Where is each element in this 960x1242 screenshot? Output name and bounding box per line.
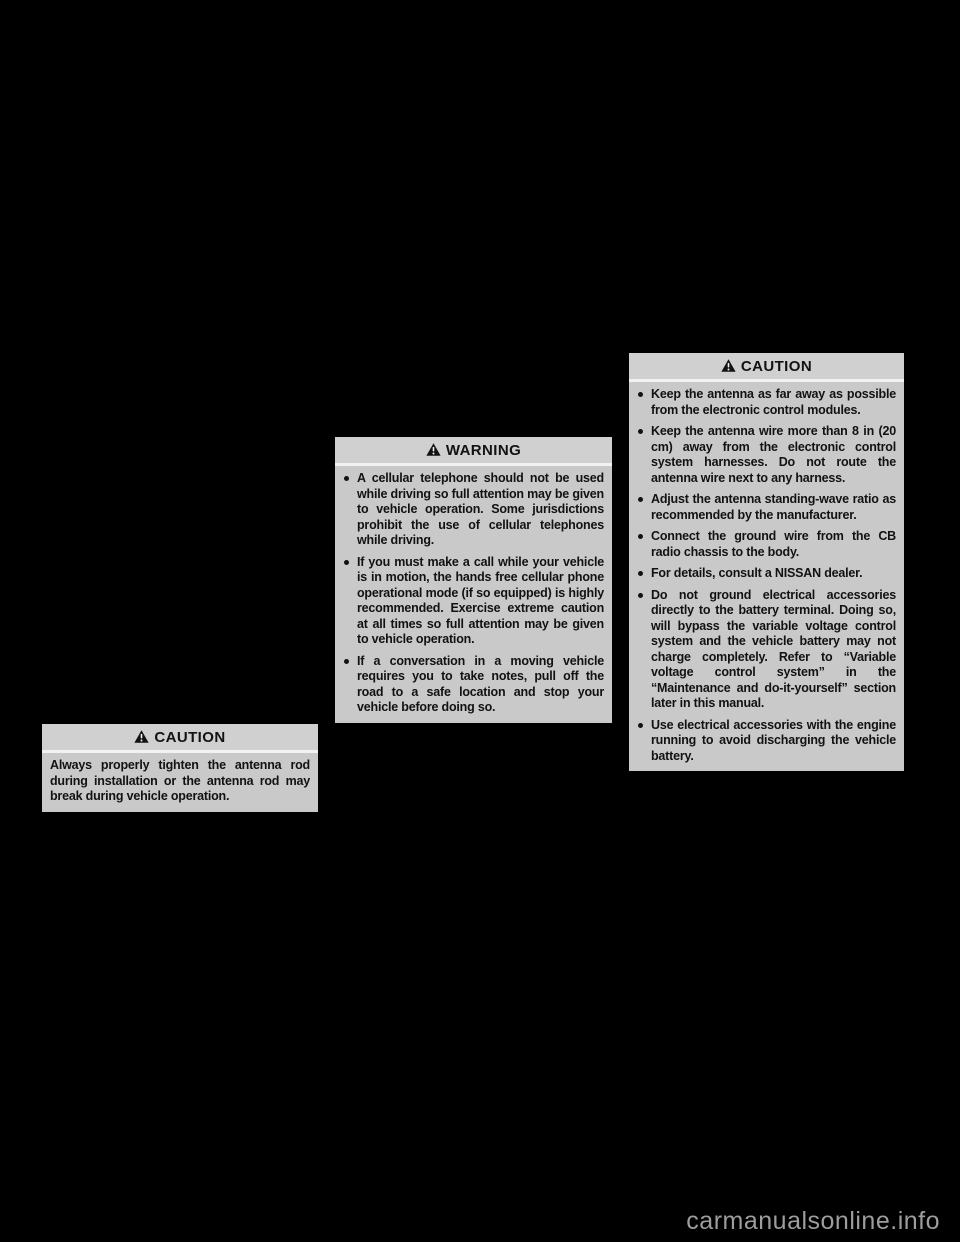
warning-triangle-icon xyxy=(721,359,736,372)
list-item: A cellular telephone should not be used … xyxy=(343,471,604,549)
list-item: Adjust the antenna standing-wave ratio a… xyxy=(637,492,896,523)
caution-bullet-text: Use electrical accessories with the engi… xyxy=(651,718,896,765)
caution-bullet-text: For details, consult a NISSAN dealer. xyxy=(651,566,896,582)
bullet-icon xyxy=(638,723,643,728)
list-item: Use electrical accessories with the engi… xyxy=(637,718,896,765)
antenna-rod-caution-text: Always properly tighten the antenna rod … xyxy=(50,758,310,805)
warning-triangle-icon xyxy=(134,730,149,743)
caution-bullet-text: Adjust the antenna standing-wave ratio a… xyxy=(651,492,896,523)
list-item: If you must make a call while your vehic… xyxy=(343,555,604,648)
warning-title: WARNING xyxy=(446,442,521,459)
caution-bullet-text: Do not ground electrical accessories dir… xyxy=(651,588,896,712)
bullet-icon xyxy=(344,560,349,565)
bullet-icon xyxy=(638,392,643,397)
warning-box-cell-phone-header: WARNING xyxy=(335,437,612,466)
warning-bullet-text: If you must make a call while your vehic… xyxy=(357,555,604,648)
caution-bullet-text: Connect the ground wire from the CB radi… xyxy=(651,529,896,560)
caution-box-cb-antenna-body: Keep the antenna as far away as possible… xyxy=(629,382,904,771)
bullet-icon xyxy=(638,429,643,434)
caution-bullet-text: Keep the antenna wire more than 8 in (20… xyxy=(651,424,896,486)
warning-box-cell-phone-body: A cellular telephone should not be used … xyxy=(335,466,612,723)
warning-triangle-icon xyxy=(426,443,441,456)
watermark: carmanualsonline.info xyxy=(686,1207,940,1236)
caution-bullet-text: Keep the antenna as far away as possible… xyxy=(651,387,896,418)
manual-page: CAUTION Always properly tighten the ante… xyxy=(0,0,960,1242)
warning-bullet-text: If a conversation in a moving vehicle re… xyxy=(357,654,604,716)
caution-title: CAUTION xyxy=(741,358,812,375)
list-item: Keep the antenna as far away as possible… xyxy=(637,387,896,418)
bullet-icon xyxy=(344,659,349,664)
warning-bullet-text: A cellular telephone should not be used … xyxy=(357,471,604,549)
warning-box-cell-phone: WARNING A cellular telephone should not … xyxy=(335,437,612,723)
bullet-icon xyxy=(638,593,643,598)
caution-box-cb-antenna: CAUTION Keep the antenna as far away as … xyxy=(629,353,904,771)
bullet-icon xyxy=(638,534,643,539)
list-item: Keep the antenna wire more than 8 in (20… xyxy=(637,424,896,486)
caution-box-antenna-rod-header: CAUTION xyxy=(42,724,318,753)
list-item: Do not ground electrical accessories dir… xyxy=(637,588,896,712)
caution-bullet-list: Keep the antenna as far away as possible… xyxy=(637,387,896,764)
list-item: For details, consult a NISSAN dealer. xyxy=(637,566,896,582)
list-item: Connect the ground wire from the CB radi… xyxy=(637,529,896,560)
caution-title: CAUTION xyxy=(154,729,225,746)
bullet-icon xyxy=(638,497,643,502)
caution-box-cb-antenna-header: CAUTION xyxy=(629,353,904,382)
list-item: If a conversation in a moving vehicle re… xyxy=(343,654,604,716)
bullet-icon xyxy=(638,571,643,576)
caution-box-antenna-rod-body: Always properly tighten the antenna rod … xyxy=(42,753,318,812)
bullet-icon xyxy=(344,476,349,481)
warning-bullet-list: A cellular telephone should not be used … xyxy=(343,471,604,716)
caution-box-antenna-rod: CAUTION Always properly tighten the ante… xyxy=(42,724,318,812)
